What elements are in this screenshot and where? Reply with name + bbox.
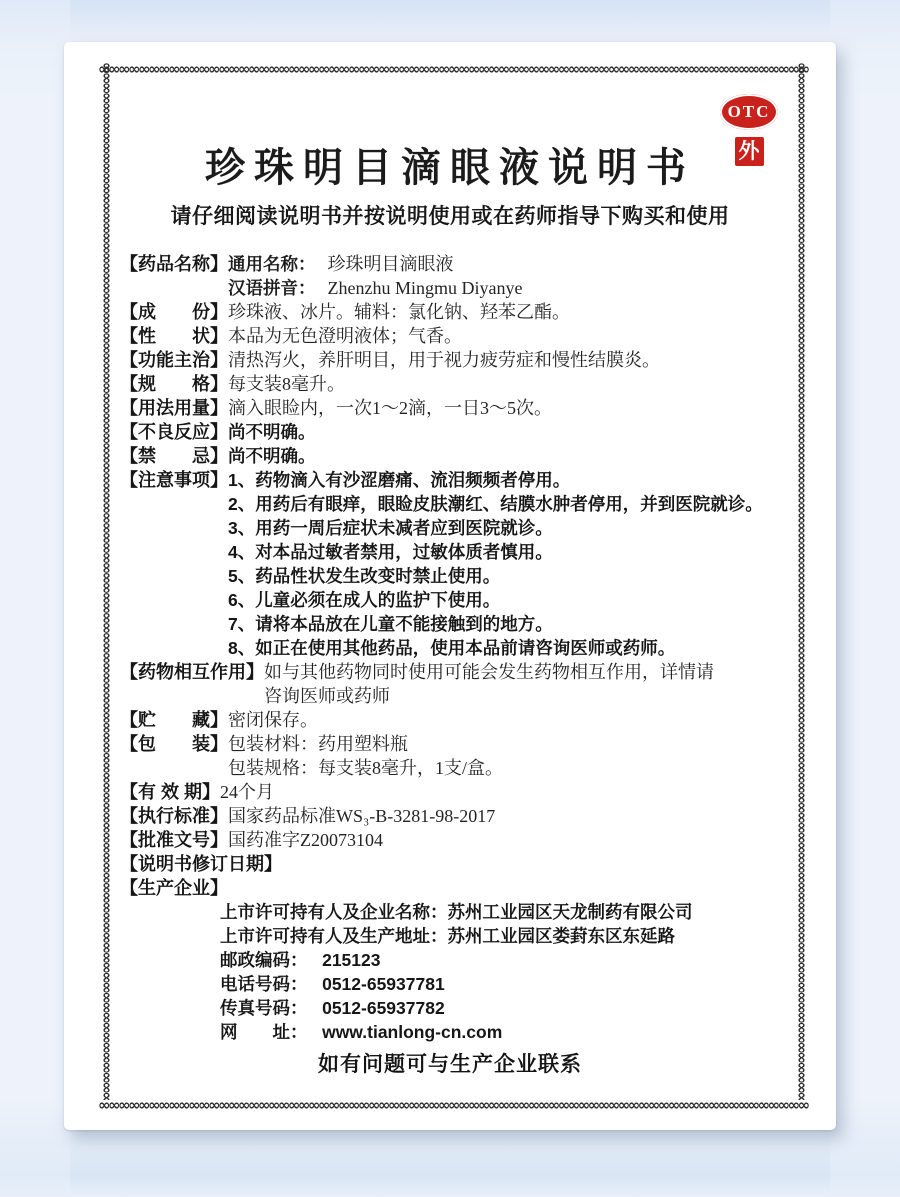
section-line: 包装规格：每支装8毫升，1支/盒。	[228, 756, 810, 780]
section-line: 汉语拼音：Zhenzhu Mingmu Diyanye	[228, 276, 810, 300]
section-line: 1、药物滴入有沙涩磨痛、流泪频频者停用。	[228, 468, 810, 492]
section-line: 24个月	[220, 780, 810, 804]
otc-label: OTC	[728, 102, 771, 122]
line-text: 2、用药后有眼痒，眼睑皮肤潮红、结膜水肿者停用，并到医院就诊。	[228, 494, 763, 514]
section-row: 【批准文号】国药准字Z20073104	[120, 828, 810, 852]
section-label: 【包 装】	[120, 732, 228, 756]
section-line: 传真号码： 0512-65937782	[220, 996, 810, 1020]
section-label: 【有 效 期】	[120, 780, 220, 804]
line-text: 传真号码： 0512-65937782	[220, 998, 445, 1018]
section-content: 密闭保存。	[228, 708, 810, 732]
line-text: 尚不明确。	[228, 446, 316, 466]
section-label: 【禁 忌】	[120, 444, 228, 468]
background-left-tint	[0, 0, 70, 1197]
section-content: 包装材料：药用塑料瓶包装规格：每支装8毫升，1支/盒。	[228, 732, 810, 780]
section-line: 6、儿童必须在成人的监护下使用。	[228, 588, 810, 612]
section-label: 【执行标准】	[120, 804, 228, 828]
section-content: 清热泻火，养肝明目，用于视力疲劳症和慢性结膜炎。	[228, 348, 810, 372]
section-label: 【贮 藏】	[120, 708, 228, 732]
section-row: 【功能主治】清热泻火，养肝明目，用于视力疲劳症和慢性结膜炎。	[120, 348, 810, 372]
section-content: 滴入眼睑内，一次1～2滴，一日3～5次。	[228, 396, 810, 420]
section-row: 【药品名称】通用名称：珍珠明目滴眼液汉语拼音：Zhenzhu Mingmu Di…	[120, 252, 810, 300]
section-line: 国药准字Z20073104	[228, 828, 810, 852]
line-prefix: 汉语拼音：	[228, 278, 316, 298]
section-row: 【贮 藏】密闭保存。	[120, 708, 810, 732]
section-line: 2、用药后有眼痒，眼睑皮肤潮红、结膜水肿者停用，并到医院就诊。	[228, 492, 810, 516]
section-label: 【不良反应】	[120, 420, 228, 444]
background-right-tint	[830, 0, 900, 1197]
border-chain-top: ∞∞∞∞∞∞∞∞∞∞∞∞∞∞∞∞∞∞∞∞∞∞∞∞∞∞∞∞∞∞∞∞∞∞∞∞∞∞∞∞…	[98, 62, 809, 78]
section-line: 7、请将本品放在儿童不能接触到的地方。	[228, 612, 810, 636]
section-label: 【生产企业】	[120, 878, 228, 898]
section-label: 【用法用量】	[120, 396, 228, 420]
section-label: 【注意事项】	[120, 468, 228, 492]
section-label: 【批准文号】	[120, 828, 228, 852]
section-content: 尚不明确。	[228, 420, 810, 444]
section-content: 通用名称：珍珠明目滴眼液汉语拼音：Zhenzhu Mingmu Diyanye	[228, 252, 810, 300]
line-text: Zhenzhu Mingmu Diyanye	[328, 278, 523, 298]
line-text: 如与其他药物同时使用可能会发生药物相互作用，详情请	[264, 662, 714, 682]
section-row: 【执行标准】国家药品标准WS₃-B-3281-98-2017	[120, 804, 810, 828]
line-text: 尚不明确。	[228, 422, 316, 442]
line-prefix: 通用名称：	[228, 254, 316, 274]
section-label: 【说明书修订日期】	[120, 852, 282, 876]
line-text: 国家药品标准WS₃-B-3281-98-2017	[228, 806, 495, 826]
section-line: 邮政编码： 215123	[220, 948, 810, 972]
section-line: 滴入眼睑内，一次1～2滴，一日3～5次。	[228, 396, 810, 420]
section-row: 【成 份】珍珠液、冰片。辅料：氯化钠、羟苯乙酯。	[120, 300, 810, 324]
section-line: 国家药品标准WS₃-B-3281-98-2017	[228, 804, 810, 828]
section-content: 本品为无色澄明液体；气香。	[228, 324, 810, 348]
section-row: 【说明书修订日期】	[120, 852, 810, 876]
section-content: 上市许可持有人及企业名称：苏州工业园区天龙制药有限公司上市许可持有人及生产地址：…	[220, 900, 810, 1044]
section-row: 【用法用量】滴入眼睑内，一次1～2滴，一日3～5次。	[120, 396, 810, 420]
leaflet-card: ∞∞∞∞∞∞∞∞∞∞∞∞∞∞∞∞∞∞∞∞∞∞∞∞∞∞∞∞∞∞∞∞∞∞∞∞∞∞∞∞…	[64, 42, 836, 1130]
section-label: 【药物相互作用】	[120, 660, 264, 684]
page-subtitle: 请仔细阅读说明书并按说明使用或在药师指导下购买和使用	[64, 200, 836, 230]
line-text: 7、请将本品放在儿童不能接触到的地方。	[228, 614, 553, 634]
line-text: 24个月	[220, 782, 274, 802]
section-line: 密闭保存。	[228, 708, 810, 732]
line-text: 清热泻火，养肝明目，用于视力疲劳症和慢性结膜炎。	[228, 350, 660, 370]
section-line: 3、用药一周后症状未减者应到医院就诊。	[228, 516, 810, 540]
section-label: 【成 份】	[120, 300, 228, 324]
section-line: 4、对本品过敏者禁用，过敏体质者慎用。	[228, 540, 810, 564]
section-label: 【规 格】	[120, 372, 228, 396]
section-line: 咨询医师或药师	[264, 684, 810, 708]
section-line: 珍珠液、冰片。辅料：氯化钠、羟苯乙酯。	[228, 300, 810, 324]
line-text: 珍珠液、冰片。辅料：氯化钠、羟苯乙酯。	[228, 302, 570, 322]
section-line: 清热泻火，养肝明目，用于视力疲劳症和慢性结膜炎。	[228, 348, 810, 372]
section-line: 每支装8毫升。	[228, 372, 810, 396]
section-row: 【不良反应】尚不明确。	[120, 420, 810, 444]
line-text: 每支装8毫升。	[228, 374, 345, 394]
section-row: 【禁 忌】尚不明确。	[120, 444, 810, 468]
section-row: 【包 装】包装材料：药用塑料瓶包装规格：每支装8毫升，1支/盒。	[120, 732, 810, 780]
section-content: 每支装8毫升。	[228, 372, 810, 396]
line-text: 4、对本品过敏者禁用，过敏体质者慎用。	[228, 542, 553, 562]
page-title: 珍珠明目滴眼液说明书	[64, 136, 836, 193]
section-line: 上市许可持有人及企业名称：苏州工业园区天龙制药有限公司	[220, 900, 810, 924]
sections: 【药品名称】通用名称：珍珠明目滴眼液汉语拼音：Zhenzhu Mingmu Di…	[120, 252, 810, 1044]
line-text: 咨询医师或药师	[264, 686, 390, 706]
section-content: 国家药品标准WS₃-B-3281-98-2017	[228, 804, 810, 828]
line-text: 8、如正在使用其他药品，使用本品前请咨询医师或药师。	[228, 638, 675, 658]
section-content: 24个月	[220, 780, 810, 804]
section-line: 本品为无色澄明液体；气香。	[228, 324, 810, 348]
section-row: 【有 效 期】24个月	[120, 780, 810, 804]
otc-oval-icon: OTC	[720, 94, 778, 130]
line-text: 包装材料：药用塑料瓶	[228, 734, 408, 754]
line-text: 珍珠明目滴眼液	[328, 254, 454, 274]
footer-note: 如有问题可与生产企业联系	[64, 1048, 836, 1078]
line-text: 网 址： www.tianlong-cn.com	[220, 1022, 502, 1042]
line-text: 邮政编码： 215123	[220, 950, 380, 970]
line-text: 国药准字Z20073104	[228, 830, 383, 850]
line-text: 密闭保存。	[228, 710, 318, 730]
section-label: 【药品名称】	[120, 252, 228, 276]
section-row: 【生产企业】上市许可持有人及企业名称：苏州工业园区天龙制药有限公司上市许可持有人…	[120, 876, 810, 1044]
section-label: 【性 状】	[120, 324, 228, 348]
line-text: 包装规格：每支装8毫升，1支/盒。	[228, 758, 503, 778]
section-row: 【药物相互作用】如与其他药物同时使用可能会发生药物相互作用，详情请咨询医师或药师	[120, 660, 810, 708]
line-text: 5、药品性状发生改变时禁止使用。	[228, 566, 500, 586]
section-row: 【注意事项】1、药物滴入有沙涩磨痛、流泪频频者停用。2、用药后有眼痒，眼睑皮肤潮…	[120, 468, 810, 660]
line-text: 电话号码： 0512-65937781	[220, 974, 445, 994]
line-text: 滴入眼睑内，一次1～2滴，一日3～5次。	[228, 398, 552, 418]
section-line: 尚不明确。	[228, 444, 810, 468]
section-label: 【功能主治】	[120, 348, 228, 372]
section-line: 电话号码： 0512-65937781	[220, 972, 810, 996]
section-row: 【规 格】每支装8毫升。	[120, 372, 810, 396]
line-text: 上市许可持有人及生产地址：苏州工业园区娄葑东区东延路	[220, 926, 675, 946]
line-text: 1、药物滴入有沙涩磨痛、流泪频频者停用。	[228, 470, 570, 490]
border-chain-bottom: ∞∞∞∞∞∞∞∞∞∞∞∞∞∞∞∞∞∞∞∞∞∞∞∞∞∞∞∞∞∞∞∞∞∞∞∞∞∞∞∞…	[98, 1098, 809, 1114]
section-row: 【性 状】本品为无色澄明液体；气香。	[120, 324, 810, 348]
line-text: 本品为无色澄明液体；气香。	[228, 326, 462, 346]
section-line: 5、药品性状发生改变时禁止使用。	[228, 564, 810, 588]
section-line: 尚不明确。	[228, 420, 810, 444]
section-content: 1、药物滴入有沙涩磨痛、流泪频频者停用。2、用药后有眼痒，眼睑皮肤潮红、结膜水肿…	[228, 468, 810, 660]
section-content: 珍珠液、冰片。辅料：氯化钠、羟苯乙酯。	[228, 300, 810, 324]
section-line: 上市许可持有人及生产地址：苏州工业园区娄葑东区东延路	[220, 924, 810, 948]
section-content: 国药准字Z20073104	[228, 828, 810, 852]
section-line: 8、如正在使用其他药品，使用本品前请咨询医师或药师。	[228, 636, 810, 660]
section-content: 如与其他药物同时使用可能会发生药物相互作用，详情请咨询医师或药师	[264, 660, 810, 708]
line-text: 3、用药一周后症状未减者应到医院就诊。	[228, 518, 553, 538]
section-content: 尚不明确。	[228, 444, 810, 468]
section-line: 包装材料：药用塑料瓶	[228, 732, 810, 756]
section-line: 通用名称：珍珠明目滴眼液	[228, 252, 810, 276]
section-line: 网 址： www.tianlong-cn.com	[220, 1020, 810, 1044]
section-line: 如与其他药物同时使用可能会发生药物相互作用，详情请	[264, 660, 810, 684]
line-text: 上市许可持有人及企业名称：苏州工业园区天龙制药有限公司	[220, 902, 693, 922]
line-text: 6、儿童必须在成人的监护下使用。	[228, 590, 500, 610]
